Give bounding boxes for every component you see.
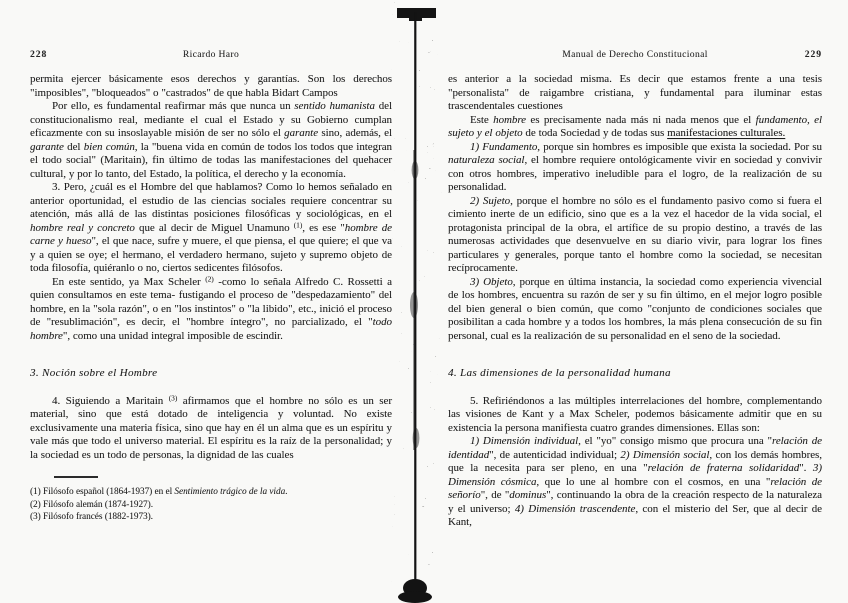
right-running-header: Manual de Derecho Constitucional (500, 50, 770, 60)
paragraph: 1) Dimensión individual, el "yo" consigo… (448, 435, 822, 530)
left-page-number: 228 (30, 50, 82, 60)
section-heading: 4. Las dimensiones de la personalidad hu… (448, 367, 822, 381)
paragraph: Por ello, es fundamental reafirmar más q… (30, 100, 392, 181)
paragraph: 2) Sujeto, porque el hombre no sólo es e… (448, 195, 822, 276)
footnote: (3) Filósofo francés (1882-1973). (30, 510, 392, 523)
footnote-rule (54, 476, 98, 478)
right-page-body: es anterior a la sociedad misma. Es deci… (448, 73, 822, 530)
book-scan: { "style": { "paper_color": "#f9f9f7", "… (0, 0, 848, 603)
left-page-header: 228 Ricardo Haro (30, 50, 392, 60)
paragraph: 1) Fundamento, porque sin hombres es imp… (448, 141, 822, 195)
footnote: (1) Filósofo español (1864-1937) en el S… (30, 485, 392, 498)
right-page-header: Manual de Derecho Constitucional 229 (448, 50, 822, 60)
left-running-header: Ricardo Haro (82, 50, 340, 60)
paragraph: 4. Siguiendo a Maritain (3) afirmamos qu… (30, 395, 392, 463)
left-page-body: permita ejercer básicamente esos derecho… (30, 73, 392, 462)
paragraph: 3. Pero, ¿cuál es el Hombre del que habl… (30, 181, 392, 276)
left-page: 228 Ricardo Haro permita ejercer básicam… (30, 50, 392, 523)
paragraph: es anterior a la sociedad misma. Es deci… (448, 73, 822, 114)
paragraph: permita ejercer básicamente esos derecho… (30, 73, 392, 100)
right-page: Manual de Derecho Constitucional 229 es … (448, 50, 822, 530)
footnotes: (1) Filósofo español (1864-1937) en el S… (30, 485, 392, 523)
paragraph: Este hombre es precisamente nada más ni … (448, 114, 822, 141)
footnote: (2) Filósofo alemán (1874-1927). (30, 498, 392, 511)
paragraph: 3) Objeto, porque en última instancia, l… (448, 276, 822, 344)
book-binding-gutter (388, 0, 444, 603)
paragraph: En este sentido, ya Max Scheler (2) -com… (30, 276, 392, 344)
paragraph: 5. Refiriéndonos a las múltiples interre… (448, 395, 822, 436)
right-page-number: 229 (770, 50, 822, 60)
section-heading: 3. Noción sobre el Hombre (30, 367, 392, 381)
